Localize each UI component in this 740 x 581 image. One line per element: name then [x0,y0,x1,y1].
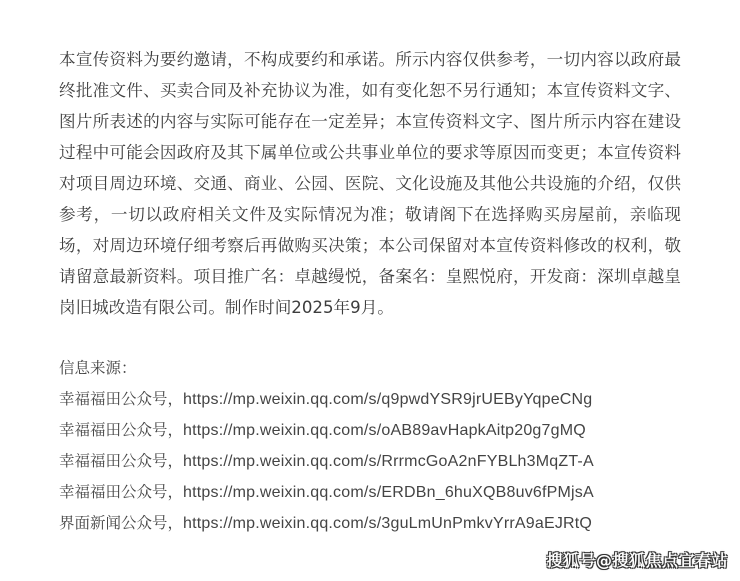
source-url[interactable]: https://mp.weixin.qq.com/s/3guLmUnPmkvYr… [183,515,592,532]
source-url[interactable]: https://mp.weixin.qq.com/s/RrrmcGoA2nFYB… [183,453,594,470]
source-item: 幸福福田公众号，https://mp.weixin.qq.com/s/oAB89… [59,415,681,446]
source-url[interactable]: https://mp.weixin.qq.com/s/oAB89avHapkAi… [183,422,586,439]
source-url[interactable]: https://mp.weixin.qq.com/s/q9pwdYSR9jrUE… [183,391,592,408]
sources-label: 信息来源： [59,353,681,384]
source-url[interactable]: https://mp.weixin.qq.com/s/ERDBn_6huXQB8… [183,484,594,501]
source-item: 幸福福田公众号，https://mp.weixin.qq.com/s/Rrrmc… [59,446,681,477]
source-name: 幸福福田公众号， [59,421,183,439]
article-body: 本宣传资料为要约邀请，不构成要约和承诺。所示内容仅供参考，一切内容以政府最终批准… [59,44,681,539]
source-name: 幸福福田公众号， [59,452,183,470]
source-name: 幸福福田公众号， [59,483,183,501]
sources-section: 信息来源： 幸福福田公众号，https://mp.weixin.qq.com/s… [59,353,681,539]
watermark: 搜狐号@搜狐焦点宜春站 [546,548,728,571]
disclaimer-paragraph: 本宣传资料为要约邀请，不构成要约和承诺。所示内容仅供参考，一切内容以政府最终批准… [59,44,681,323]
source-item: 界面新闻公众号，https://mp.weixin.qq.com/s/3guLm… [59,508,681,539]
source-item: 幸福福田公众号，https://mp.weixin.qq.com/s/q9pwd… [59,384,681,415]
source-name: 幸福福田公众号， [59,390,183,408]
source-name: 界面新闻公众号， [59,514,183,532]
source-item: 幸福福田公众号，https://mp.weixin.qq.com/s/ERDBn… [59,477,681,508]
